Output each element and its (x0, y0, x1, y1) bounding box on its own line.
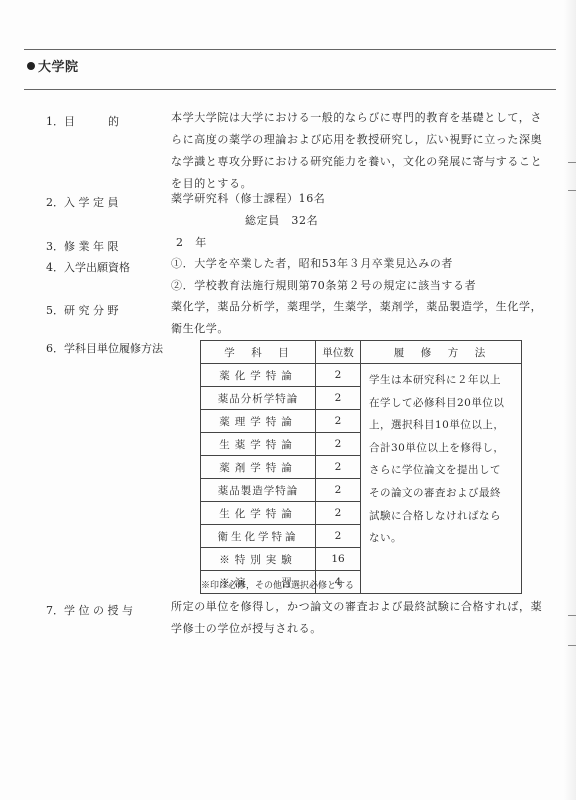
text-line: な学識と専攻分野における研究能力を養い，文化の発展に寄与すること (171, 151, 525, 173)
text-line: 試験に合格しなければなら (369, 505, 521, 528)
subject-cell: 生化学特論 (201, 502, 316, 525)
text-line: 上，選択科目10単位以上， (369, 414, 521, 437)
item-body-research: 薬化学，薬品分析学，薬理学，生薬学，薬剤学，薬品製造学，生化学， 衛生化学。 (171, 296, 525, 340)
credits-cell: 2 (316, 502, 361, 525)
header-subject: 学 科 目 (201, 341, 316, 364)
subject-cell: ※特別実験 (201, 548, 316, 571)
text-line: 衛生化学。 (171, 318, 525, 340)
item-label-credits: 6．学科目単位履修方法 (46, 340, 163, 356)
subject-cell: 生薬学特論 (201, 433, 316, 456)
item-label-degree: 7．学 位 の 授 与 (46, 602, 133, 618)
text-line: ない。 (369, 527, 521, 550)
item-label-eligibility: 4．入学出願資格 (46, 259, 130, 275)
credits-cell: 16 (316, 548, 361, 571)
method-cell: 学生は本研究科に２年以上 在学して必修科目20単位以 上，選択科目10単位以上，… (361, 364, 522, 594)
header-method: 履 修 方 法 (361, 341, 522, 364)
subject-cell: 薬剤学特論 (201, 456, 316, 479)
table-note: ※印は必修，その他は選択必修とする (201, 578, 354, 591)
item-body-eligibility: ①．大学を卒業した者，昭和53年３月卒業見込みの者 ②．学校教育法施行規則第70… (171, 253, 525, 297)
item-label-enrollment: 2．入 学 定 員 (46, 194, 119, 210)
page-edge (564, 0, 576, 800)
table-row: 薬化学特論 2 学生は本研究科に２年以上 在学して必修科目20単位以 上，選択科… (201, 364, 522, 387)
subject-cell: 薬化学特論 (201, 364, 316, 387)
edge-mark (568, 615, 576, 616)
text-line: 学修士の学位が授与される。 (171, 618, 525, 640)
item-body-duration: 2 年 (176, 232, 530, 254)
section-title: 大学院 (38, 60, 79, 75)
item-body-enrollment: 薬学研究科（修士課程）16名 総定員 32名 (171, 188, 525, 232)
text-line: 所定の単位を修得し，かつ論文の審査および最終試験に合格すれば，薬 (171, 596, 525, 618)
item-label-purpose: 1．目 的 (46, 113, 119, 129)
text-line: ①．大学を卒業した者，昭和53年３月卒業見込みの者 (171, 253, 525, 275)
subject-cell: 薬品製造学特論 (201, 479, 316, 502)
credits-cell: 2 (316, 456, 361, 479)
item-body-purpose: 本学大学院は大学における一般的ならびに専門的教育を基礎として，さ らに高度の薬学… (171, 107, 525, 195)
credits-cell: 2 (316, 433, 361, 456)
text-line: 薬学研究科（修士課程）16名 (171, 188, 525, 210)
credits-cell: 2 (316, 387, 361, 410)
item-body-degree: 所定の単位を修得し，かつ論文の審査および最終試験に合格すれば，薬 学修士の学位が… (171, 596, 525, 640)
edge-mark (568, 190, 576, 191)
credits-cell: 2 (316, 479, 361, 502)
text-line: らに高度の薬学の理論および応用を教授研究し，広い視野に立った深奥 (171, 129, 525, 151)
text-line: 薬化学，薬品分析学，薬理学，生薬学，薬剤学，薬品製造学，生化学， (171, 296, 525, 318)
item-label-research: 5．研 究 分 野 (46, 302, 119, 318)
credits-cell: 2 (316, 525, 361, 548)
text-line: 在学して必修科目20単位以 (369, 392, 521, 415)
header-credits: 単位数 (316, 341, 361, 364)
text-line: 合計30単位以上を修得し， (369, 437, 521, 460)
table-header-row: 学 科 目 単位数 履 修 方 法 (201, 341, 522, 364)
subject-cell: 衛生化学特論 (201, 525, 316, 548)
edge-mark (568, 645, 576, 646)
edge-mark (568, 162, 576, 163)
text-line: ②．学校教育法施行規則第70条第２号の規定に該当する者 (171, 275, 525, 297)
text-line: 2 年 (176, 232, 530, 254)
bullet-icon (27, 62, 35, 70)
subject-cell: 薬品分析学特論 (201, 387, 316, 410)
course-table: 学 科 目 単位数 履 修 方 法 薬化学特論 2 学生は本研究科に２年以上 在… (200, 340, 522, 594)
item-label-duration: 3．修 業 年 限 (46, 238, 119, 254)
text-line: さらに学位論文を提出して (369, 459, 521, 482)
text-line: 総定員 32名 (171, 210, 525, 232)
credits-cell: 2 (316, 410, 361, 433)
subject-cell: 薬理学特論 (201, 410, 316, 433)
text-line: 本学大学院は大学における一般的ならびに専門的教育を基礎として，さ (171, 107, 525, 129)
section-heading: 大学院 (27, 56, 79, 75)
credits-cell: 2 (316, 364, 361, 387)
text-line: 学生は本研究科に２年以上 (369, 369, 521, 392)
heading-rule (24, 89, 556, 90)
text-line: その論文の審査および最終 (369, 482, 521, 505)
top-rule (24, 49, 556, 50)
